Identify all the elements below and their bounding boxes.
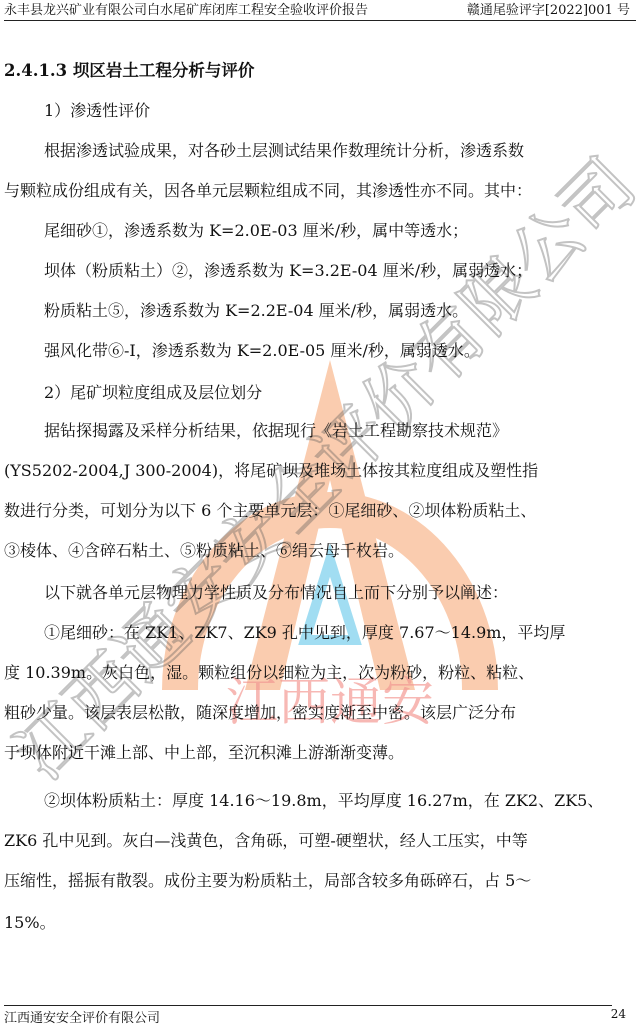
paragraph-line: (YS5202-2004,J 300-2004)，将尾矿坝及堆场土体按其粒度组成… (4, 460, 538, 482)
page-header: 永丰县龙兴矿业有限公司白水尾矿库闭库工程安全验收评价报告 赣通尾验评字[2022… (4, 2, 636, 20)
paragraph-line: ①尾细砂：在 ZK1、ZK7、ZK9 孔中见到，厚度 7.67～14.9m，平均… (44, 622, 565, 644)
paragraph-line: 尾细砂①，渗透系数为 K=2.0E-03 厘米/秒，属中等透水； (44, 220, 468, 242)
paragraph-line: ③棱体、④含碎石粘土、⑤粉质粘土、⑥绢云母千枚岩。 (4, 540, 404, 562)
paragraph-line: 粉质粘土⑤，渗透系数为 K=2.2E-04 厘米/秒，属弱透水。 (44, 300, 468, 322)
footer-company: 江西通安安全评价有限公司 (4, 1007, 160, 1026)
paragraph-line: 1）渗透性评价 (44, 100, 150, 122)
header-divider (4, 20, 636, 21)
paragraph-line: 与颗粒成份组成有关，因各单元层颗粒组成不同，其渗透性亦不同。其中： (4, 180, 532, 202)
paragraph-line: 坝体（粉质粘土）②，渗透系数为 K=3.2E-04 厘米/秒，属弱透水； (44, 260, 532, 282)
paragraph-line: 数进行分类，可划分为以下 6 个主要单元层：①尾细砂、②坝体粉质粘土、 (4, 500, 536, 522)
header-document-number: 赣通尾验评字[2022]001 号 (467, 2, 630, 20)
paragraph-line: 于坝体附近干滩上部、中上部，至沉积滩上游渐渐变薄。 (4, 742, 404, 764)
paragraph-line: 度 10.39m。灰白色，湿。颗粒组份以细粒为主，次为粉砂，粉粒、粘粒、 (4, 662, 534, 684)
paragraph-line: 压缩性，摇振有散裂。成份主要为粉质粘土，局部含较多角砾碎石，占 5～ (4, 870, 531, 892)
paragraph-line: 强风化带⑥-Ⅰ，渗透系数为 K=2.0E-05 厘米/秒，属弱透水。 (44, 340, 480, 362)
paragraph-line: 据钻探揭露及采样分析结果，依据现行《岩土工程勘察技术规范》 (44, 420, 508, 442)
footer-divider (4, 1005, 612, 1006)
paragraph-line: ②坝体粉质粘土：厚度 14.16～19.8m，平均厚度 16.27m，在 ZK2… (44, 790, 603, 812)
section-title: 2.4.1.3 坝区岩土工程分析与评价 (4, 60, 254, 82)
paragraph-line: 2）尾矿坝粒度组成及层位划分 (44, 382, 262, 404)
header-report-title: 永丰县龙兴矿业有限公司白水尾矿库闭库工程安全验收评价报告 (4, 2, 368, 20)
paragraph-line: 以下就各单元层物理力学性质及分布情况自上而下分别予以阐述： (44, 582, 508, 604)
page-number: 24 (611, 1007, 626, 1021)
paragraph-line: 15%。 (4, 912, 56, 934)
paragraph-line: 根据渗透试验成果，对各砂土层测试结果作数理统计分析，渗透系数 (44, 140, 524, 162)
paragraph-line: 粗砂少量。该层表层松散，随深度增加，密实度渐至中密。该层广泛分布 (4, 702, 516, 724)
paragraph-line: ZK6 孔中见到。灰白—浅黄色，含角砾，可塑-硬塑状，经人工压实，中等 (4, 830, 528, 852)
